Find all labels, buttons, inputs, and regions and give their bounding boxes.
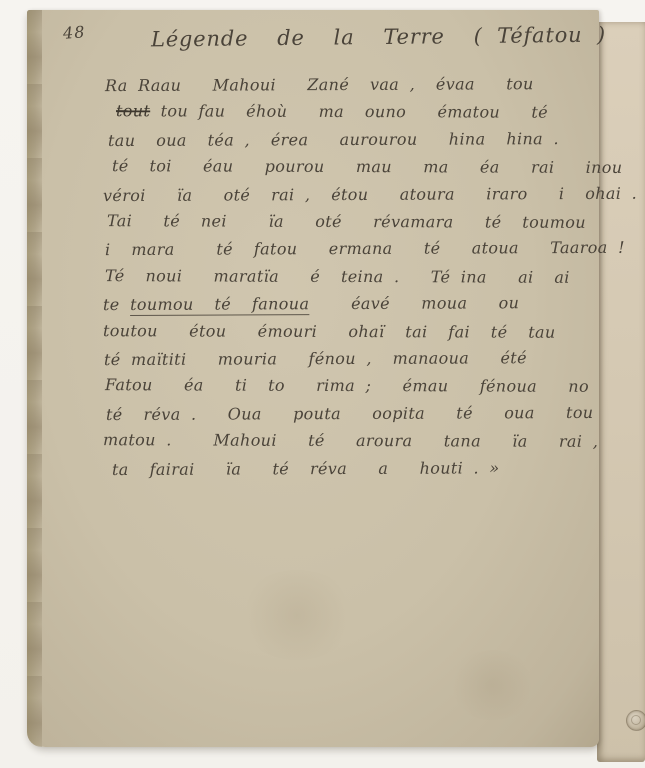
manuscript-line: toutou étou émouri ohaï tai fai té tau: [103, 317, 595, 346]
manuscript-line: tout tou fau éhoù ma ouno ématou té: [103, 98, 595, 127]
text-segment: Fatou éa ti to rima ; émau fénoua no: [105, 376, 589, 397]
manuscript-line: ta fairai ïa té réva a houti . »: [103, 454, 595, 484]
manuscript-line: Tai té nei ïa oté révamara té toumou: [103, 207, 595, 236]
text-segment: véroi ïa oté rai , étou atoura iraro i o…: [103, 183, 637, 204]
struck-word: tout: [116, 102, 150, 121]
page-number: 48: [62, 22, 86, 43]
manuscript-line: tau oua téa , érea aurourou hina hina .: [103, 125, 595, 155]
text-segment: ta fairai ïa té réva a houti . »: [112, 458, 500, 479]
text-segment: Té noui maratïa é teina . Té ina ai ai: [105, 266, 570, 287]
paper-stain: [447, 650, 537, 720]
manuscript-page: 48 Légende de la Terre ( Téfatou ) Ra Ra…: [27, 10, 599, 747]
manuscript-line: te toumou té fanoua éavé moua ou: [103, 289, 595, 319]
text-segment: te: [103, 295, 130, 314]
manuscript-line: té maïtiti mouria fénou , manaoua été: [103, 344, 595, 374]
manuscript-line: Ra Raau Mahoui Zané vaa , évaa tou: [103, 70, 595, 100]
embossed-stamp-icon: [626, 710, 645, 731]
manuscript-line: matou . Mahoui té aroura tana ïa rai ,: [103, 426, 595, 455]
text-segment: matou . Mahoui té aroura tana ïa rai ,: [103, 430, 598, 451]
photo-backdrop: 48 Légende de la Terre ( Téfatou ) Ra Ra…: [0, 0, 645, 768]
manuscript-line: Fatou éa ti to rima ; émau fénoua no: [103, 372, 595, 401]
text-segment: tou fau éhoù ma ouno ématou té: [150, 102, 548, 122]
manuscript-line: véroi ïa oté rai , étou atoura iraro i o…: [103, 180, 595, 210]
manuscript-line: té toi éau pourou mau ma éa rai inou: [103, 152, 595, 181]
text-segment: toutou étou émouri ohaï tai fai té tau: [103, 321, 556, 342]
text-segment: i mara té fatou ermana té atoua Taaroa !: [105, 238, 625, 259]
text-segment: té réva . Oua pouta oopita té oua tou: [106, 403, 594, 424]
text-segment: Ra Raau Mahoui Zané vaa , évaa tou: [105, 74, 534, 95]
text-segment: té maïtiti mouria fénou , manaoua été: [104, 348, 527, 369]
page-title: Légende de la Terre ( Téfatou ): [151, 23, 606, 52]
manuscript-line: i mara té fatou ermana té atoua Taaroa !: [103, 234, 595, 264]
manuscript-line: Té noui maratïa é teina . Té ina ai ai: [103, 262, 595, 291]
torn-left-edge: [27, 10, 42, 747]
text-segment: té toi éau pourou mau ma éa rai inou: [112, 156, 622, 177]
manuscript-line: té réva . Oua pouta oopita té oua tou: [103, 399, 595, 429]
text-segment: éavé moua ou: [309, 294, 519, 314]
next-page-edge: [597, 22, 645, 762]
text-segment: Tai té nei ïa oté révamara té toumou: [107, 211, 586, 232]
manuscript-body: Ra Raau Mahoui Zané vaa , évaa toutout t…: [103, 71, 595, 482]
text-segment: tau oua téa , érea aurourou hina hina .: [108, 129, 559, 150]
paper-stain: [237, 570, 357, 660]
underlined-phrase: toumou té fanoua: [130, 294, 309, 314]
